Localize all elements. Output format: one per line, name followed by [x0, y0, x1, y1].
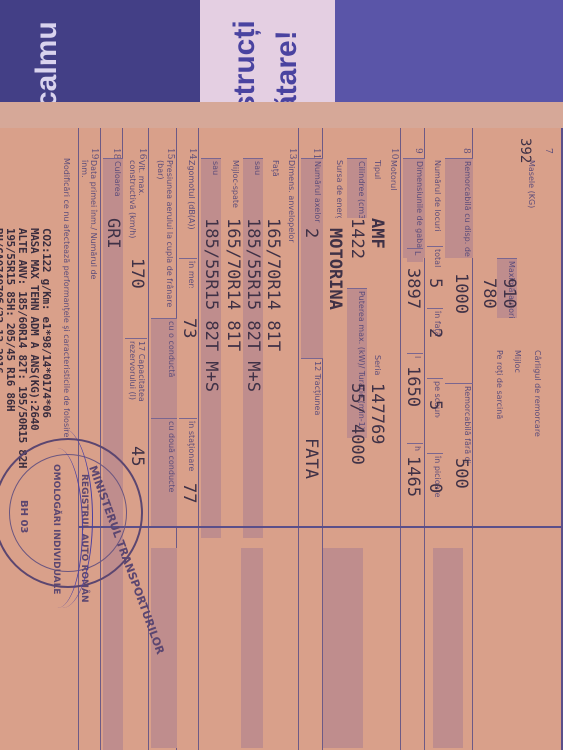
field-label: l [407, 353, 423, 367]
registration-document: 7 Masele (KG) Maximă autorizată pe axe —… [0, 128, 563, 750]
cover-text-3: ătare! [270, 30, 304, 112]
field-label: în staţionare [179, 418, 197, 478]
field-label: Mijloc-spate [221, 158, 241, 208]
engine-serial-value: 147769 [367, 383, 387, 444]
document-page: 7 Masele (KG) Maximă autorizată pe axe —… [0, 128, 563, 750]
fuel-type-value: MOTORINA [325, 228, 345, 310]
field-label: Tipul [369, 158, 383, 198]
signature-stroke [32, 448, 83, 608]
field-label: cu două conducte [151, 418, 177, 528]
row-label: Zgomotul (dB(A)) [183, 158, 197, 258]
max-speed-value: 170 [127, 258, 147, 289]
engine-type-value: AMF [367, 218, 387, 249]
note-line: MASA MAX TEHN ADM A ANS(KG):2640 [28, 228, 41, 430]
row-label: Motorul [385, 158, 399, 238]
field-label: Data primei înm./ Numărul de înm. [79, 158, 99, 298]
row-13-divider [298, 128, 299, 750]
row-10-divider [400, 128, 401, 750]
row-19-divider [100, 128, 101, 750]
row-label: Masele (KG) [523, 158, 537, 268]
field-label: Mijloc [509, 348, 523, 438]
field-label: Cârligul de remorcare [529, 348, 543, 488]
cover-text-2: strucți [228, 20, 262, 112]
field-label: Remorcabilă cu disp. de frânare [445, 158, 473, 258]
field-label: Remorcabilă fără disp. de frânare [445, 383, 473, 463]
footer-note: Modificări ce nu afectează performanţele… [62, 158, 71, 437]
tank-capacity-value: 45 [127, 446, 147, 466]
cover-light-strip [200, 0, 335, 118]
mid-vertical-rule [79, 526, 563, 528]
towable-unbraked-value: 500 [451, 458, 471, 489]
note-line: 195/55R15 85H: 205/45 R16 86H [4, 228, 17, 411]
mass-rear-value: 780 [479, 278, 499, 309]
field-label: Vit. max. constructivă (km/h) [125, 158, 147, 248]
field-label: 12 Tracţiunea [301, 358, 323, 428]
note-line: CO2:122 g/Km: e1*98/14*0174*06 [40, 228, 53, 418]
seats-total-value: 5 [425, 278, 445, 288]
field-label: Faţă [267, 158, 281, 198]
field-label: L [407, 248, 423, 262]
row-14-divider [198, 128, 199, 750]
row-16-divider [148, 128, 149, 750]
colour-value: GRI [103, 218, 123, 249]
tyre-rear-value: 165/70R14 81T [223, 218, 243, 351]
booklet-cover: calmu strucți ătare! [0, 0, 563, 118]
row-number: 7 [543, 148, 553, 154]
tyre-front-alt-value: 185/55R15 82T M+S [243, 218, 263, 392]
row-label: Dimens. anvelopelor [283, 158, 297, 268]
towable-braked-value: 1000 [451, 273, 471, 314]
note-line: ALTE ANV: 185/60R14 82T: 195/50R15 82H [16, 228, 29, 468]
shaded-band [323, 548, 363, 748]
note-line: BH/CA074970б/22-12-2016 [0, 228, 5, 373]
mass-front-value: 910 [499, 278, 519, 309]
height-value: 1465 [403, 456, 423, 497]
noise-moving-value: 73 [179, 318, 199, 338]
power-rpm-value: 55/ 4000 [347, 383, 367, 465]
field-label: Sursa de energie [325, 158, 345, 218]
seats-standing-value: 0 [425, 483, 445, 493]
row-label: Numărul de locuri [429, 158, 443, 238]
tyre-rear-alt-value: 185/55R15 82T M+S [201, 218, 221, 392]
seats-seated-value: 5 [425, 400, 445, 410]
tyre-front-value: 165/70R14 81T [263, 218, 283, 351]
noise-stationary-value: 77 [179, 483, 199, 503]
field-label: în mers [179, 258, 197, 288]
seats-front-value: 2 [425, 328, 445, 338]
shaded-band [433, 548, 463, 748]
field-label: Numărul axelor [301, 158, 323, 358]
field-label: Cilindree (cm3) [347, 158, 367, 218]
field-label: 17 Capacitatea rezervorului (l) [125, 338, 147, 448]
length-value: 3897 [403, 268, 423, 309]
displacement-value: 1422 [347, 218, 367, 259]
mass-max-value: 392 [517, 138, 533, 163]
field-label: h [407, 443, 423, 457]
row-number: 8 [461, 148, 471, 154]
axle-count-value: 2 [301, 228, 321, 238]
row-label: Dimensiunile de gabarit (mm) [403, 158, 425, 258]
field-label: Seria [369, 353, 383, 383]
field-label: cu o conductă [151, 318, 177, 418]
stamp-code: BH 03 [18, 500, 29, 533]
field-label: pe scaune [427, 378, 443, 418]
row-label: Presiunea aerului la cupla de frânare (b… [153, 158, 175, 318]
row-number: 9 [413, 148, 423, 154]
field-label: total [427, 246, 443, 276]
shaded-band [241, 548, 263, 748]
field-label: Pe roţi de sarcină [491, 348, 505, 458]
width-value: 1650 [403, 366, 423, 407]
cover-text-1: calmu [30, 21, 64, 108]
traction-value: FATA [301, 438, 321, 479]
